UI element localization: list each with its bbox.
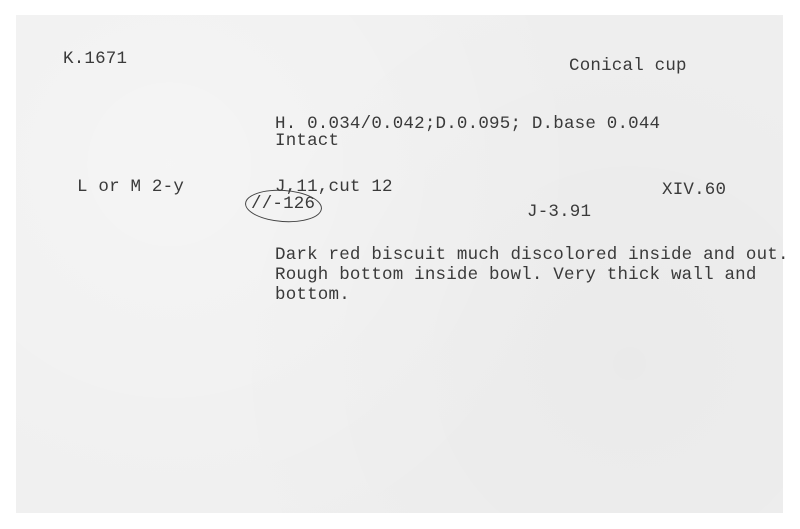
condition: Intact [275,132,339,150]
catalog-card: K.1671 Conical cup H. 0.034/0.042;D.0.09… [16,15,783,513]
date-range: L or M 2-y [77,178,184,196]
catalog-number: K.1671 [63,50,127,68]
photo-reference: J-3.91 [527,203,591,221]
object-type: Conical cup [569,57,687,75]
description: Dark red biscuit much discolored inside … [275,245,800,305]
plate-reference: XIV.60 [662,181,726,199]
inventory-number: //-126 [251,195,315,213]
